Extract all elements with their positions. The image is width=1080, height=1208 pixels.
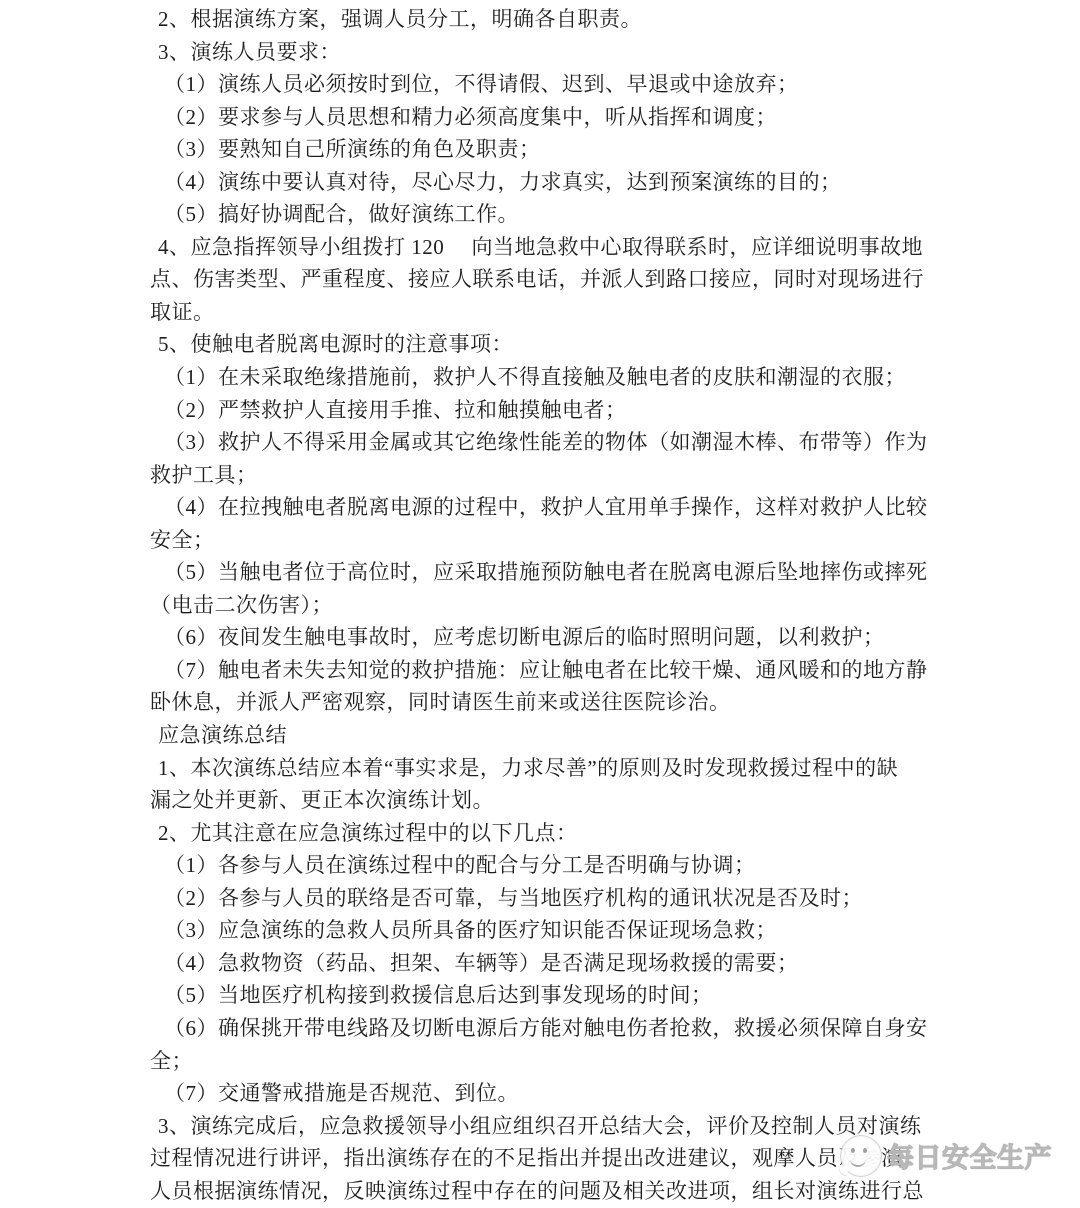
document-line: （5）当触电者位于高位时，应采取措施预防触电者在脱离电源后坠地摔伤或摔死 [149, 556, 1059, 589]
document-line: （5）搞好协调配合，做好演练工作。 [149, 198, 1059, 231]
document-line: 3、演练完成后，应急救援领导小组应组织召开总结大会，评价及控制人员对演练 [149, 1110, 1059, 1143]
document-line: 取证。 [149, 296, 1059, 329]
document-line: （4）演练中要认真对待，尽心尽力，力求真实，达到预案演练的目的； [149, 166, 1059, 199]
document-line: （1）各参与人员在演练过程中的配合与分工是否明确与协调； [149, 849, 1059, 882]
document-line: 应急演练总结 [149, 719, 1059, 752]
document-line: （电击二次伤害）； [149, 589, 1059, 622]
document-line: 漏之处并更新、更正本次演练计划。 [149, 784, 1059, 817]
document-line: 2、尤其注意在应急演练过程中的以下几点： [149, 817, 1059, 850]
document-line: （5）当地医疗机构接到救援信息后达到事发现场的时间； [149, 979, 1059, 1012]
document-body: 2、根据演练方案，强调人员分工，明确各自职责。3、演练人员要求：（1）演练人员必… [149, 3, 1059, 1207]
document-line: （6）确保挑开带电线路及切断电源后方能对触电伤者抢救，救援必须保障自身安 [149, 1012, 1059, 1045]
document-line: 5、使触电者脱离电源时的注意事项： [149, 328, 1059, 361]
document-line: （7）交通警戒措施是否规范、到位。 [149, 1077, 1059, 1110]
document-line: （6）夜间发生触电事故时，应考虑切断电源后的临时照明问题，以利救护； [149, 621, 1059, 654]
document-line: 4、应急指挥领导小组拨打 120 向当地急救中心取得联系时，应详细说明事故地 [149, 231, 1059, 264]
document-line: （3）要熟知自己所演练的角色及职责； [149, 133, 1059, 166]
document-line: 卧休息，并派人严密观察，同时请医生前来或送往医院诊治。 [149, 686, 1059, 719]
document-line: 点、伤害类型、严重程度、接应人联系电话，并派人到路口接应，同时对现场进行 [149, 263, 1059, 296]
document-line: （3）救护人不得采用金属或其它绝缘性能差的物体（如潮湿木棒、布带等）作为 [149, 426, 1059, 459]
document-line: 2、根据演练方案，强调人员分工，明确各自职责。 [149, 3, 1059, 36]
document-line: 1、本次演练总结应本着“事实求是，力求尽善”的原则及时发现救援过程中的缺 [149, 752, 1059, 785]
document-line: 安全； [149, 524, 1059, 557]
document-line: （1）演练人员必须按时到位，不得请假、迟到、早退或中途放弃； [149, 68, 1059, 101]
document-line: （3）应急演练的急救人员所具备的医疗知识能否保证现场急救； [149, 914, 1059, 947]
document-line: （4）急救物资（药品、担架、车辆等）是否满足现场救援的需要； [149, 947, 1059, 980]
document-line: 人员根据演练情况，反映演练过程中存在的问题及相关改进项，组长对演练进行总 [149, 1175, 1059, 1208]
document-line: （2）各参与人员的联络是否可靠，与当地医疗机构的通讯状况是否及时； [149, 882, 1059, 915]
document-line: 3、演练人员要求： [149, 36, 1059, 69]
document-line: （1）在未采取绝缘措施前，救护人不得直接触及触电者的皮肤和潮湿的衣服； [149, 361, 1059, 394]
document-page: 2、根据演练方案，强调人员分工，明确各自职责。3、演练人员要求：（1）演练人员必… [0, 0, 1080, 1208]
document-line: 过程情况进行讲评，指出演练存在的不足指出并提出改进建议，观摩人员及参演 [149, 1142, 1059, 1175]
document-line: （2）要求参与人员思想和精力必须高度集中，听从指挥和调度； [149, 101, 1059, 134]
document-line: 救护工具； [149, 459, 1059, 492]
document-line: 全； [149, 1045, 1059, 1078]
document-line: （7）触电者未失去知觉的救护措施：应让触电者在比较干燥、通风暖和的地方静 [149, 654, 1059, 687]
document-line: （4）在拉拽触电者脱离电源的过程中，救护人宜用单手操作，这样对救护人比较 [149, 491, 1059, 524]
document-line: （2）严禁救护人直接用手推、拉和触摸触电者； [149, 394, 1059, 427]
